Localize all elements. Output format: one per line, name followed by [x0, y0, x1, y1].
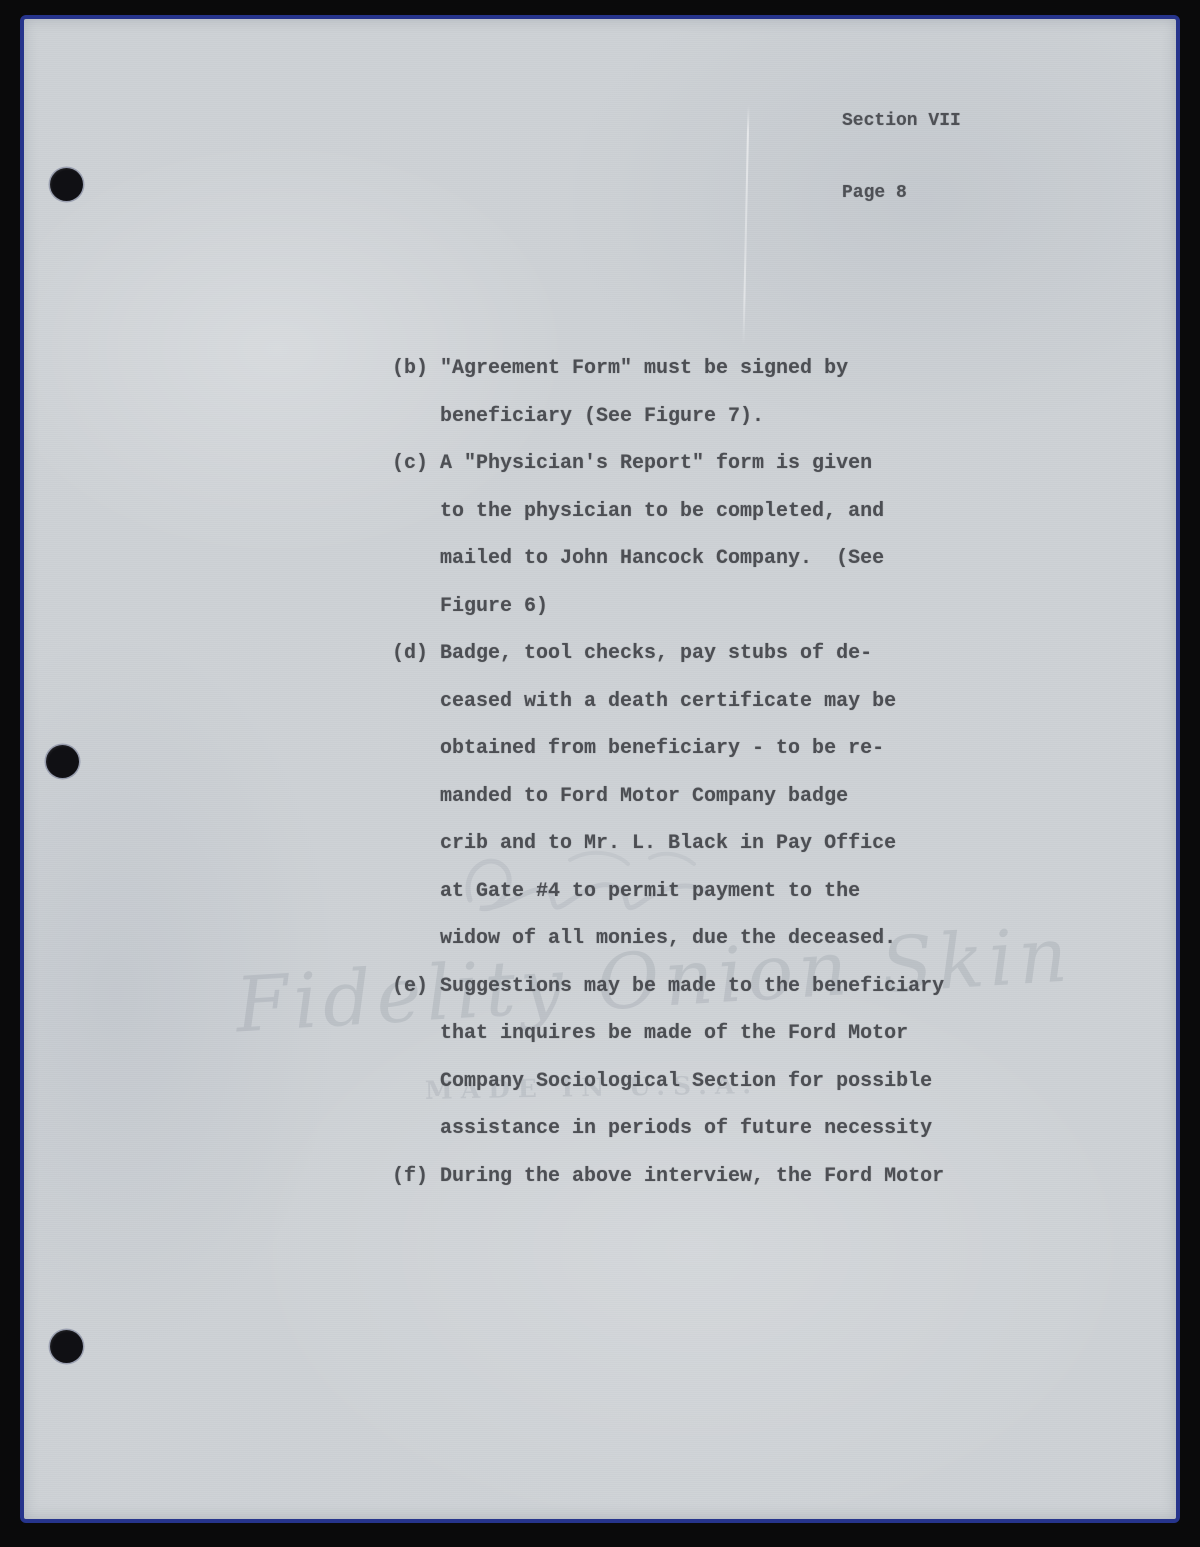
hole-punch-middle [46, 745, 79, 778]
list-item-e-cont: assistance in periods of future necessit… [392, 1105, 944, 1153]
item-line: Company Sociological Section for possibl… [440, 1070, 932, 1093]
item-label-e: (e) [392, 963, 440, 1011]
hole-punch-top [50, 168, 83, 201]
list-item-e: (e)Suggestions may be made to the benefi… [392, 963, 944, 1011]
item-line: obtained from beneficiary - to be re- [440, 737, 884, 760]
page-header: Section VII Page 8 [842, 61, 961, 253]
item-line: Suggestions may be made to the beneficia… [440, 975, 944, 998]
item-line: mailed to John Hancock Company. (See [440, 547, 884, 570]
list-item-e-cont: Company Sociological Section for possibl… [392, 1058, 944, 1106]
list-item-d-cont: obtained from beneficiary - to be re- [392, 725, 944, 773]
item-line: Figure 6) [440, 595, 548, 618]
list-item-d-cont: ceased with a death certificate may be [392, 678, 944, 726]
item-label-b: (b) [392, 345, 440, 393]
item-line: ceased with a death certificate may be [440, 690, 896, 713]
list-item-d-cont: crib and to Mr. L. Black in Pay Office [392, 820, 944, 868]
item-line: beneficiary (See Figure 7). [440, 405, 764, 428]
list-item-b: (b)"Agreement Form" must be signed by [392, 345, 944, 393]
list-item-f: (f)During the above interview, the Ford … [392, 1153, 944, 1201]
item-label-d: (d) [392, 630, 440, 678]
list-item-d: (d)Badge, tool checks, pay stubs of de- [392, 630, 944, 678]
item-line: During the above interview, the Ford Mot… [440, 1165, 944, 1188]
item-line: A "Physician's Report" form is given [440, 452, 872, 475]
paper-crease-line [742, 105, 749, 345]
list-item-d-cont: widow of all monies, due the deceased. [392, 915, 944, 963]
list-item-b-cont: beneficiary (See Figure 7). [392, 393, 944, 441]
item-line: "Agreement Form" must be signed by [440, 357, 848, 380]
item-line: widow of all monies, due the deceased. [440, 927, 896, 950]
scan-background: Fidelity Onion Skin MADE IN U.S.A. Secti… [0, 0, 1200, 1547]
item-line: assistance in periods of future necessit… [440, 1117, 932, 1140]
list-item-c-cont: Figure 6) [392, 583, 944, 631]
item-line: at Gate #4 to permit payment to the [440, 880, 860, 903]
item-label-c: (c) [392, 440, 440, 488]
paper-sheet: Fidelity Onion Skin MADE IN U.S.A. Secti… [20, 15, 1180, 1523]
list-item-c-cont: to the physician to be completed, and [392, 488, 944, 536]
item-line: crib and to Mr. L. Black in Pay Office [440, 832, 896, 855]
list-item-c: (c)A "Physician's Report" form is given [392, 440, 944, 488]
list-item-d-cont: manded to Ford Motor Company badge [392, 773, 944, 821]
header-page-label: Page 8 [842, 181, 961, 205]
item-line: Badge, tool checks, pay stubs of de- [440, 642, 872, 665]
body-text: (b)"Agreement Form" must be signed by be… [392, 345, 944, 1200]
list-item-c-cont: mailed to John Hancock Company. (See [392, 535, 944, 583]
hole-punch-bottom [50, 1330, 83, 1363]
item-line: that inquires be made of the Ford Motor [440, 1022, 908, 1045]
item-label-f: (f) [392, 1153, 440, 1201]
list-item-e-cont: that inquires be made of the Ford Motor [392, 1010, 944, 1058]
item-line: to the physician to be completed, and [440, 500, 884, 523]
header-section-label: Section VII [842, 109, 961, 133]
item-line: manded to Ford Motor Company badge [440, 785, 848, 808]
list-item-d-cont: at Gate #4 to permit payment to the [392, 868, 944, 916]
